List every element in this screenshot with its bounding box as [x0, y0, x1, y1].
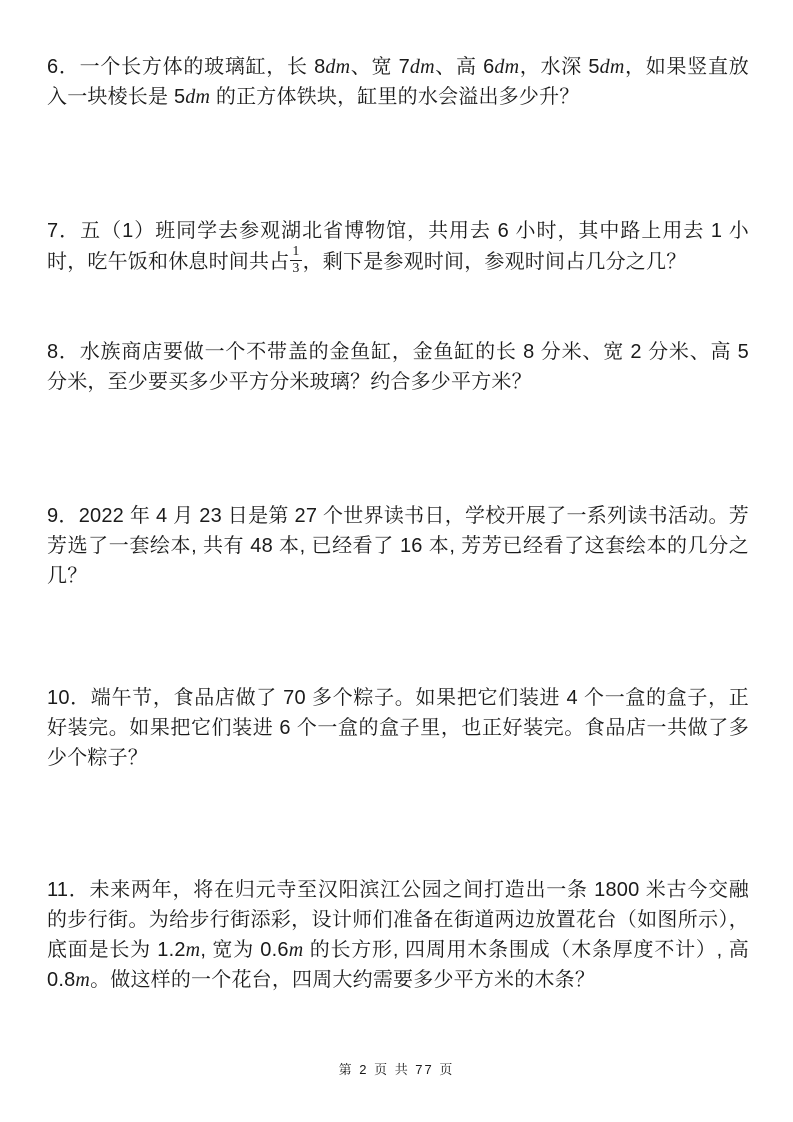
problem-text: 、宽 7	[350, 56, 410, 78]
unit-text: dm	[494, 56, 519, 78]
problem-10: 10．端午节，食品店做了 70 多个粽子。如果把它们装进 4 个一盒的盒子，正好…	[47, 683, 749, 773]
fraction: 13	[290, 244, 301, 277]
unit-text: dm	[185, 86, 210, 108]
problem-8: 8．水族商店要做一个不带盖的金鱼缸，金鱼缸的长 8 分米、宽 2 分米、高 5 …	[47, 337, 749, 397]
problem-text: 9．2022 年 4 月 23 日是第 27 个世界读书日，学校开展了一系列读书…	[47, 505, 749, 587]
problem-6: 6．一个长方体的玻璃缸，长 8dm、宽 7dm、高 6dm，水深 5dm，如果竖…	[47, 52, 749, 112]
unit-text: dm	[410, 56, 435, 78]
unit-text: m	[186, 939, 201, 961]
unit-text: dm	[600, 56, 625, 78]
problem-text: 、高 6	[435, 56, 495, 78]
problem-text: 。做这样的一个花台，四周大约需要多少平方米的木条？	[90, 969, 595, 991]
problem-text: ，剩下是参观时间，参观时间占几分之几？	[303, 251, 687, 273]
problem-7: 7．五（1）班同学去参观湖北省博物馆，共用去 6 小时，其中路上用去 1 小时，…	[47, 216, 749, 279]
fraction-numerator: 1	[290, 244, 301, 261]
problem-text: 的正方体铁块，缸里的水会溢出多少升？	[210, 86, 579, 108]
problem-text: 8．水族商店要做一个不带盖的金鱼缸，金鱼缸的长 8 分米、宽 2 分米、高 5 …	[47, 341, 749, 393]
problem-11: 11．未来两年，将在归元寺至汉阳滨江公园之间打造出一条 1800 米古今交融的步…	[47, 875, 749, 995]
unit-text: dm	[325, 56, 350, 78]
problem-text: , 宽为 0.6	[200, 939, 288, 961]
unit-text: m	[75, 969, 90, 991]
problem-list: 6．一个长方体的玻璃缸，长 8dm、宽 7dm、高 6dm，水深 5dm，如果竖…	[47, 52, 749, 995]
problem-9: 9．2022 年 4 月 23 日是第 27 个世界读书日，学校开展了一系列读书…	[47, 501, 749, 591]
unit-text: m	[289, 939, 304, 961]
fraction-denominator: 3	[290, 261, 301, 277]
page-number-text: 第 2 页 共 77 页	[339, 1062, 455, 1077]
problem-text: 6．一个长方体的玻璃缸，长 8	[47, 56, 325, 78]
page-footer: 第 2 页 共 77 页	[0, 1059, 793, 1078]
problem-text: 10．端午节，食品店做了 70 多个粽子。如果把它们装进 4 个一盒的盒子，正好…	[47, 687, 749, 769]
problem-text: ，水深 5	[519, 56, 599, 78]
